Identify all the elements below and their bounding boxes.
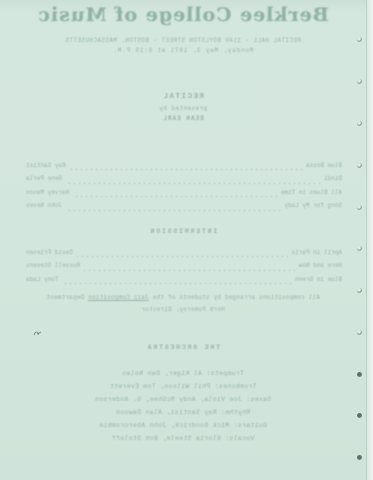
piece-performer: Harvey Mason bbox=[26, 186, 69, 199]
binding-hole bbox=[357, 372, 362, 377]
orchestra-roster: Trumpets: Al Kiger, Dan Nolan Trombones:… bbox=[0, 367, 366, 445]
piece-title: Song for My Lady bbox=[284, 199, 342, 212]
binding-hole bbox=[357, 288, 362, 293]
orchestra-heading: THE ORCHESTRA bbox=[0, 344, 366, 351]
roster-line: Guitars: Mick Goodrick, John Abercrombie bbox=[0, 419, 366, 432]
roster-line: Saxes: Joe Viola, Andy McGhee, G. Anders… bbox=[0, 393, 366, 406]
binding-hole bbox=[357, 205, 362, 210]
piece-performer: Tony Lada bbox=[26, 273, 58, 286]
binding-hole bbox=[357, 246, 362, 251]
program-row: Here and Now Russell Stevens bbox=[26, 259, 342, 272]
program-second-half: April in Paris David Friesen Here and No… bbox=[26, 246, 342, 286]
piece-title: April in Paris bbox=[292, 246, 342, 259]
dotted-leader bbox=[62, 283, 291, 284]
binding-hole bbox=[357, 330, 362, 335]
dotted-leader bbox=[73, 196, 277, 197]
program-row: Blue Bossa Ray Santisi bbox=[26, 159, 342, 172]
piece-performer: Russell Stevens bbox=[26, 259, 80, 272]
recital-performer-name: DEAN EARL bbox=[0, 114, 366, 124]
dotted-leader bbox=[66, 183, 320, 184]
page-title: Berklee College of Music bbox=[0, 4, 366, 26]
address-line: RECITAL HALL - 1140 BOYLSTON STREET - BO… bbox=[0, 36, 366, 46]
piece-performer: Gene Perla bbox=[26, 172, 62, 185]
roster-line: Rhythm: Ray Santisi, Alan Dawson bbox=[0, 406, 366, 419]
scanned-program-page: Berklee College of Music RECITAL HALL - … bbox=[0, 0, 373, 480]
note-text: Department bbox=[46, 294, 88, 301]
piece-title: Dindi bbox=[324, 172, 342, 185]
scanner-background-edge bbox=[367, 0, 373, 480]
program-first-half: Blue Bossa Ray Santisi Dindi Gene Perla … bbox=[26, 159, 342, 213]
binding-hole bbox=[357, 79, 362, 84]
program-row: April in Paris David Friesen bbox=[26, 246, 342, 259]
roster-line: Vocals: Gloria Steele, Bob Stoloff bbox=[0, 432, 366, 445]
arrangement-note: All compositions arranged by students of… bbox=[0, 292, 366, 305]
binding-hole bbox=[357, 413, 362, 418]
piece-title: Blue Bossa bbox=[306, 159, 342, 172]
piece-performer: John Neves bbox=[26, 199, 62, 212]
note-underlined-text: Jazz Composition bbox=[88, 294, 149, 301]
roster-line: Trumpets: Al Kiger, Dan Nolan bbox=[0, 367, 366, 380]
binding-hole bbox=[357, 455, 362, 460]
program-row: Dindi Gene Perla bbox=[26, 172, 342, 185]
recital-presented-by: presented by bbox=[0, 104, 366, 114]
pen-mark bbox=[33, 329, 43, 338]
piece-title: Here and Now bbox=[299, 259, 342, 272]
program-row: Blue in Green Tony Lada bbox=[26, 273, 342, 286]
note-text: All compositions arranged by students of… bbox=[149, 294, 320, 301]
piece-performer: Ray Santisi bbox=[26, 159, 66, 172]
piece-title: All Blues in Time bbox=[281, 186, 342, 199]
binding-hole bbox=[357, 121, 362, 126]
dotted-leader bbox=[66, 210, 280, 211]
program-row: All Blues in Time Harvey Mason bbox=[26, 186, 342, 199]
piece-title: Blue in Green bbox=[295, 273, 342, 286]
binding-hole bbox=[357, 163, 362, 168]
roster-line: Trombones: Phil Wilson, Tom Everett bbox=[0, 380, 366, 393]
date-line: Monday, May 3, 1971 at 8:15 P.M. bbox=[0, 46, 366, 56]
bleed-through-content: Berklee College of Music RECITAL HALL - … bbox=[0, 0, 366, 480]
program-row: Song for My Lady John Neves bbox=[26, 199, 342, 212]
dotted-leader bbox=[77, 256, 288, 257]
dotted-leader bbox=[70, 169, 302, 170]
recital-heading: RECITAL bbox=[0, 93, 366, 101]
binding-hole bbox=[357, 37, 362, 42]
dotted-leader bbox=[84, 270, 295, 271]
piece-performer: David Friesen bbox=[26, 246, 73, 259]
intermission-heading: INTERMISSION bbox=[0, 228, 366, 235]
note-director-line: Herb Pomeroy, Director bbox=[0, 304, 366, 317]
